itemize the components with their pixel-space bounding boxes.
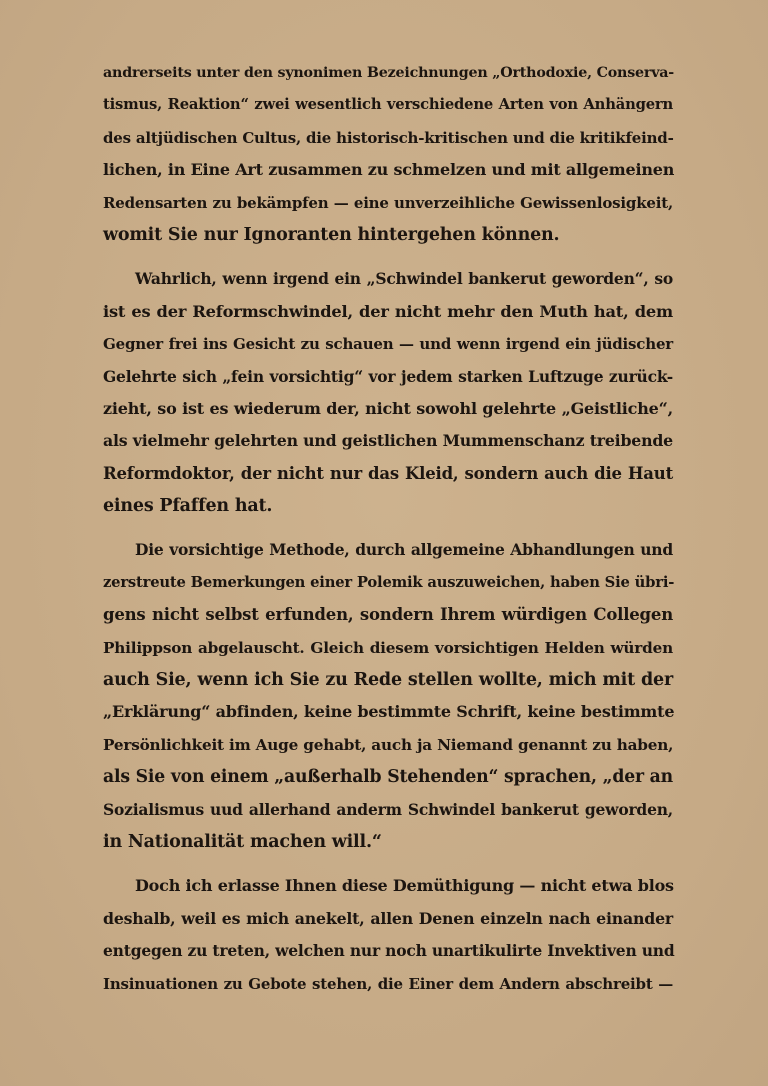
text-line: „Erklärung“ abfinden, keine bestimmte Sc… bbox=[103, 696, 673, 728]
text-line: Gegner frei ins Gesicht zu schauen — und… bbox=[103, 328, 673, 360]
text-line: auch Sie, wenn ich Sie zu Rede stellen w… bbox=[103, 664, 673, 696]
text-line: deshalb, weil es mich anekelt, allen Den… bbox=[103, 903, 673, 935]
text-line: lichen, in Eine Art zusammen zu schmelze… bbox=[103, 154, 673, 186]
text-line: des altjüdischen Cultus, die historisch-… bbox=[103, 122, 673, 154]
text-line: andrerseits unter den synonimen Bezeichn… bbox=[103, 57, 673, 89]
page-text: andrerseits unter den synonimen Bezeichn… bbox=[103, 57, 673, 1000]
text-line: zieht, so ist es wiederum der, nicht sow… bbox=[103, 393, 673, 425]
text-line: gens nicht selbst erfunden, sondern Ihre… bbox=[103, 599, 673, 631]
text-line: zerstreute Bemerkungen einer Polemik aus… bbox=[103, 567, 673, 599]
text-line: ist es der Reformschwindel, der nicht me… bbox=[103, 296, 673, 328]
text-line: in Nationalität machen will.“ bbox=[103, 826, 673, 858]
text-line: entgegen zu treten, welchen nur noch una… bbox=[103, 935, 673, 967]
text-line: Gelehrte sich „fein vorsichtig“ vor jede… bbox=[103, 361, 673, 393]
text-line: Philippson abgelauscht. Gleich diesem vo… bbox=[103, 632, 673, 664]
text-line: als vielmehr gelehrten und geistlichen M… bbox=[103, 425, 673, 457]
text-line: Sozialismus uud allerhand anderm Schwind… bbox=[103, 794, 673, 826]
paragraph: Wahrlich, wenn irgend ein „Schwindel ban… bbox=[103, 263, 673, 522]
text-line: Reformdoktor, der nicht nur das Kleid, s… bbox=[103, 458, 673, 490]
text-line: womit Sie nur Ignoranten hintergehen kön… bbox=[103, 219, 673, 251]
text-line: Wahrlich, wenn irgend ein „Schwindel ban… bbox=[103, 263, 673, 295]
text-line: Redensarten zu bekämpfen — eine unverzei… bbox=[103, 187, 673, 219]
text-line: Doch ich erlasse Ihnen diese Demüthigung… bbox=[103, 870, 673, 902]
paragraph: Doch ich erlasse Ihnen diese Demüthigung… bbox=[103, 870, 673, 1000]
text-line: eines Pfaffen hat. bbox=[103, 490, 673, 522]
text-line: Die vorsichtige Methode, durch allgemein… bbox=[103, 534, 673, 566]
text-line: Persönlichkeit im Auge gehabt, auch ja N… bbox=[103, 729, 673, 761]
paragraph: Die vorsichtige Methode, durch allgemein… bbox=[103, 534, 673, 858]
text-line: Insinuationen zu Gebote stehen, die Eine… bbox=[103, 968, 673, 1000]
paragraph: andrerseits unter den synonimen Bezeichn… bbox=[103, 57, 673, 251]
text-line: als Sie von einem „außerhalb Stehenden“ … bbox=[103, 761, 673, 793]
text-line: tismus, Reaktion“ zwei wesentlich versch… bbox=[103, 89, 673, 121]
